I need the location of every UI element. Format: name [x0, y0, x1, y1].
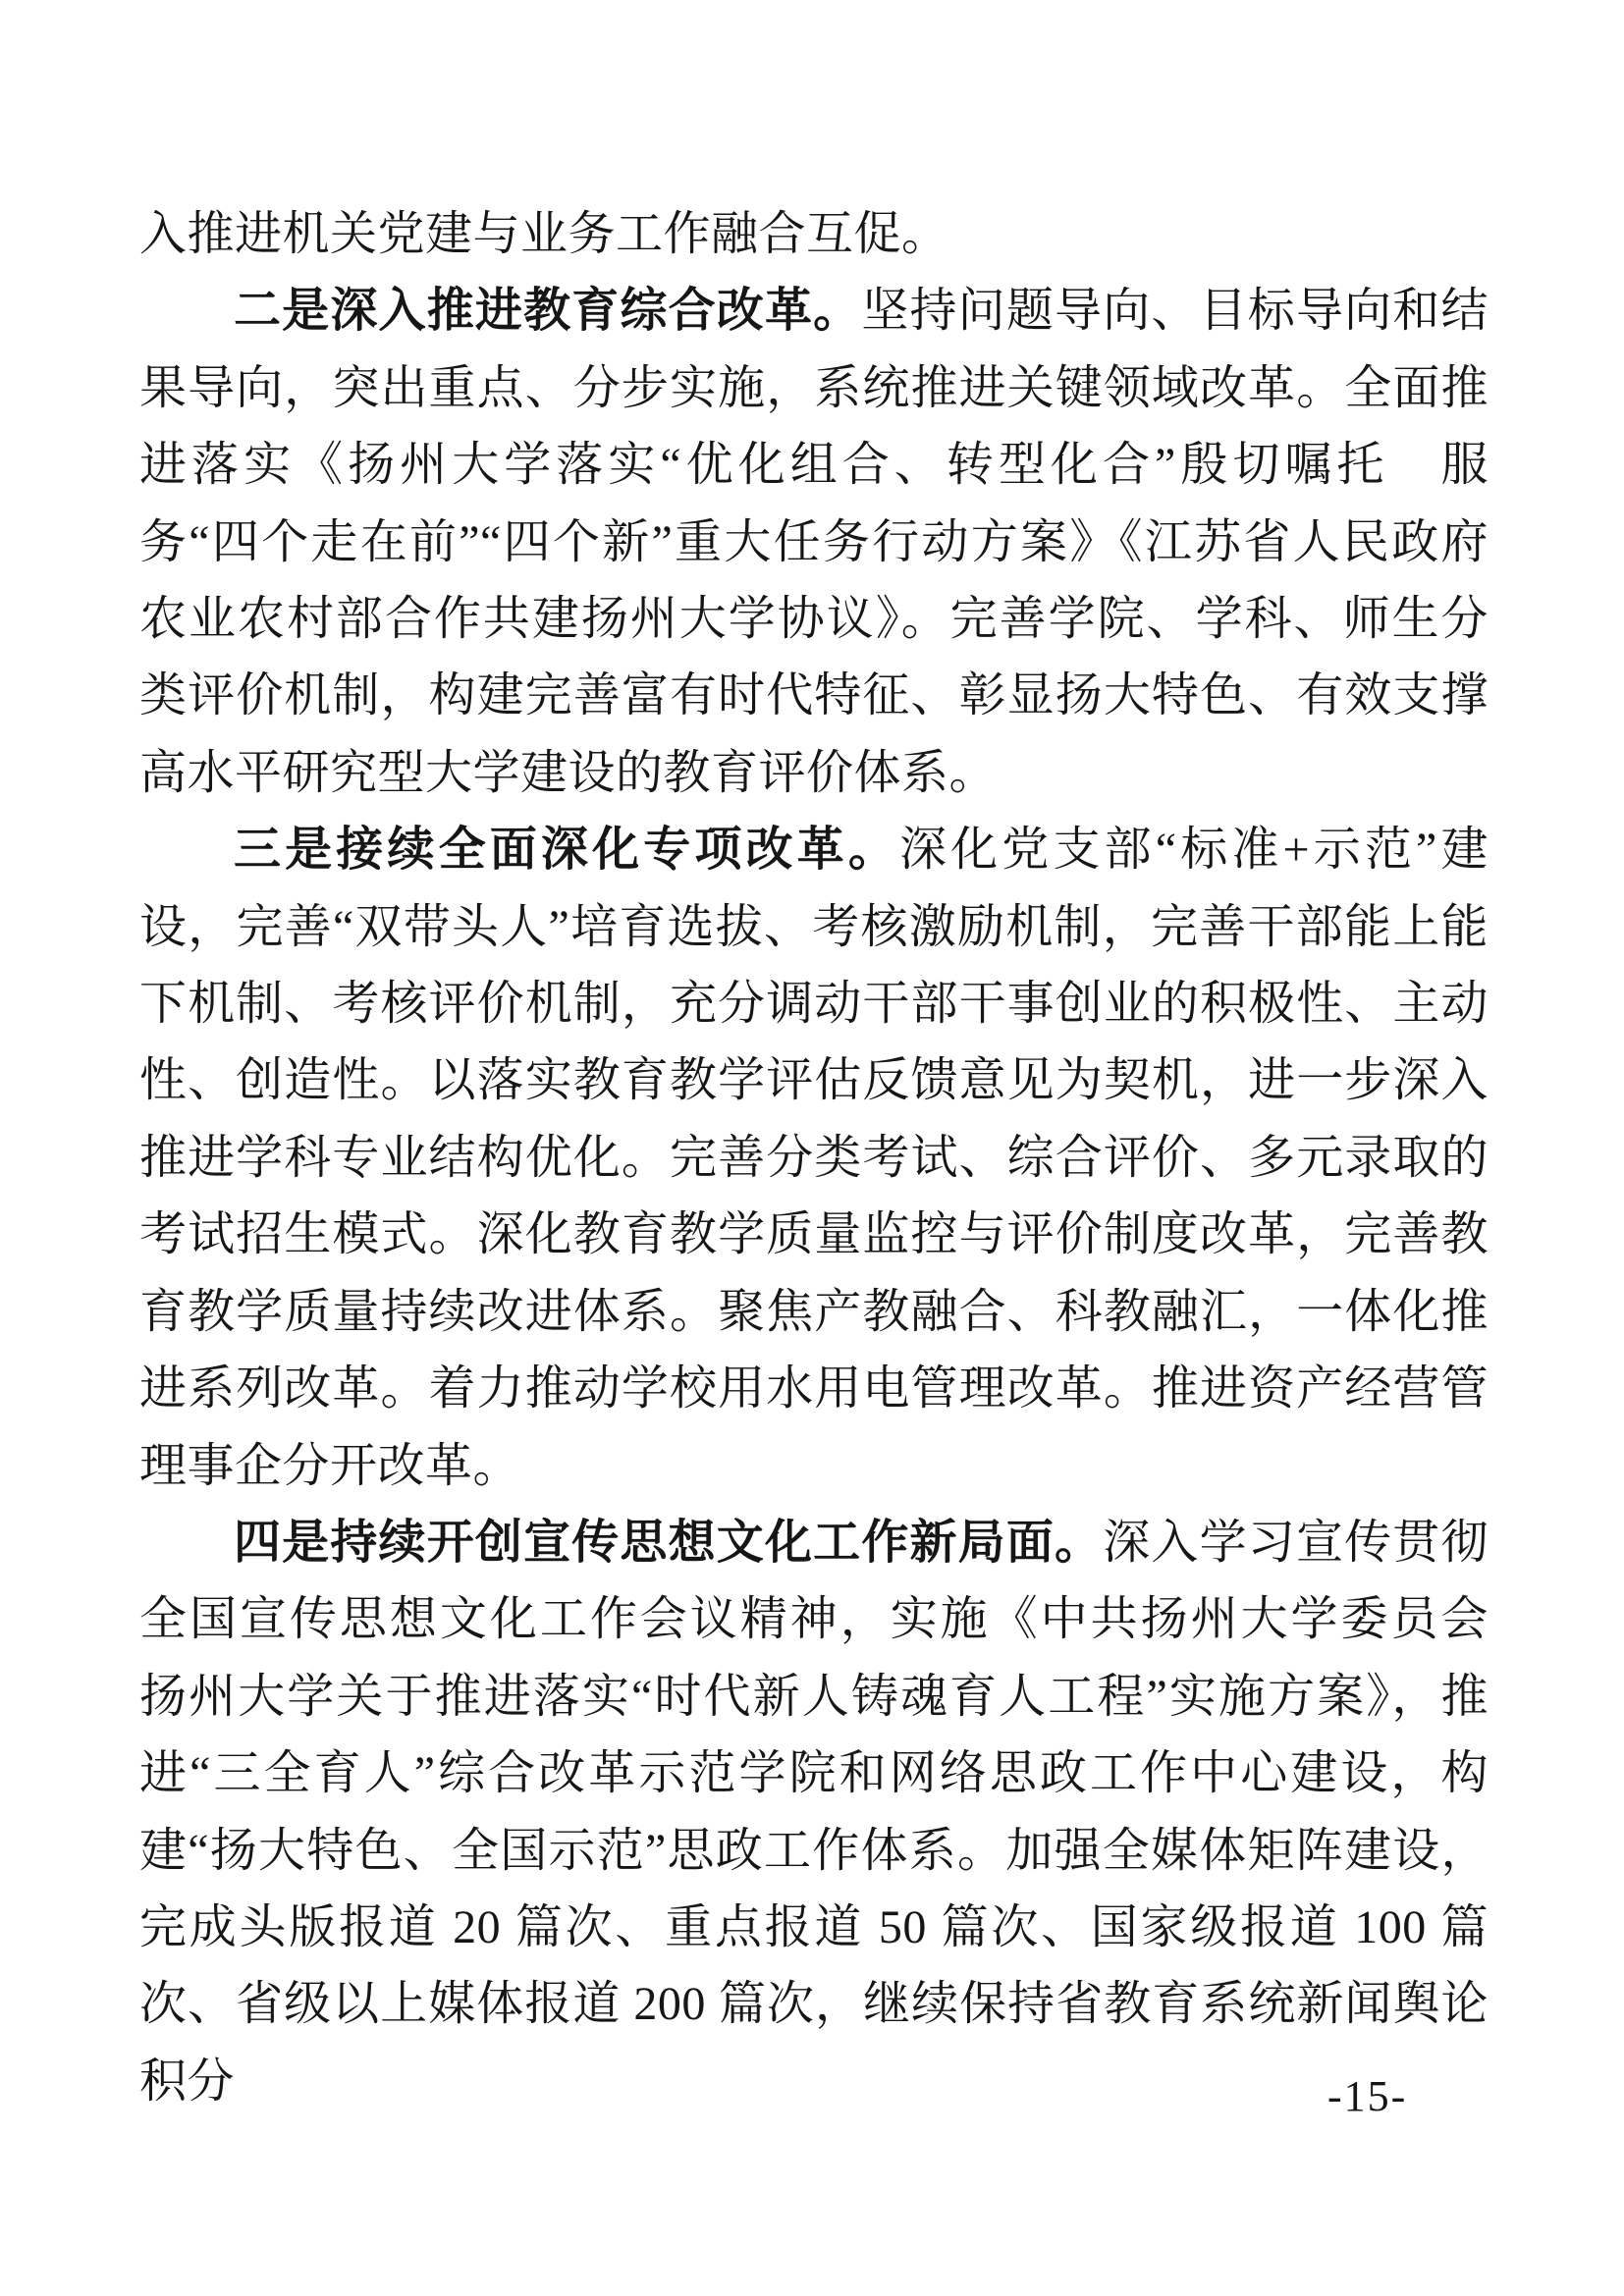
document-body: 入推进机关党建与业务工作融合互促。 二是深入推进教育综合改革。坚持问题导向、目标…	[139, 196, 1489, 2120]
document-page: 入推进机关党建与业务工作融合互促。 二是深入推进教育综合改革。坚持问题导向、目标…	[0, 0, 1624, 2296]
paragraph-point-four: 四是持续开创宣传思想文化工作新局面。深入学习宣传贯彻全国宣传思想文化工作会议精神…	[139, 1505, 1489, 2120]
page-number: -15-	[1327, 2069, 1407, 2124]
paragraph-text: 坚持问题导向、目标导向和结果导向，突出重点、分步实施，系统推进关键领域改革。全面…	[139, 285, 1537, 798]
paragraph-text: 深入学习宣传贯彻全国宣传思想文化工作会议精神，实施《中共扬州大学委员会 扬州大学…	[139, 1517, 1537, 2108]
paragraph-lead-bold: 三是接续全面深化专项改革。	[234, 824, 899, 876]
paragraph-point-two: 二是深入推进教育综合改革。坚持问题导向、目标导向和结果导向，突出重点、分步实施，…	[139, 273, 1489, 812]
paragraph-continuation: 入推进机关党建与业务工作融合互促。	[139, 196, 1489, 273]
paragraph-point-three: 三是接续全面深化专项改革。深化党支部“标准+示范”建设，完善“双带头人”培育选拔…	[139, 812, 1489, 1505]
paragraph-text: 深化党支部“标准+示范”建设，完善“双带头人”培育选拔、考核激励机制，完善干部能…	[139, 824, 1489, 1491]
paragraph-lead-bold: 二是深入推进教育综合改革。	[234, 285, 861, 337]
paragraph-lead-bold: 四是持续开创宣传思想文化工作新局面。	[234, 1517, 1103, 1569]
paragraph-text: 入推进机关党建与业务工作融合互促。	[139, 208, 949, 260]
